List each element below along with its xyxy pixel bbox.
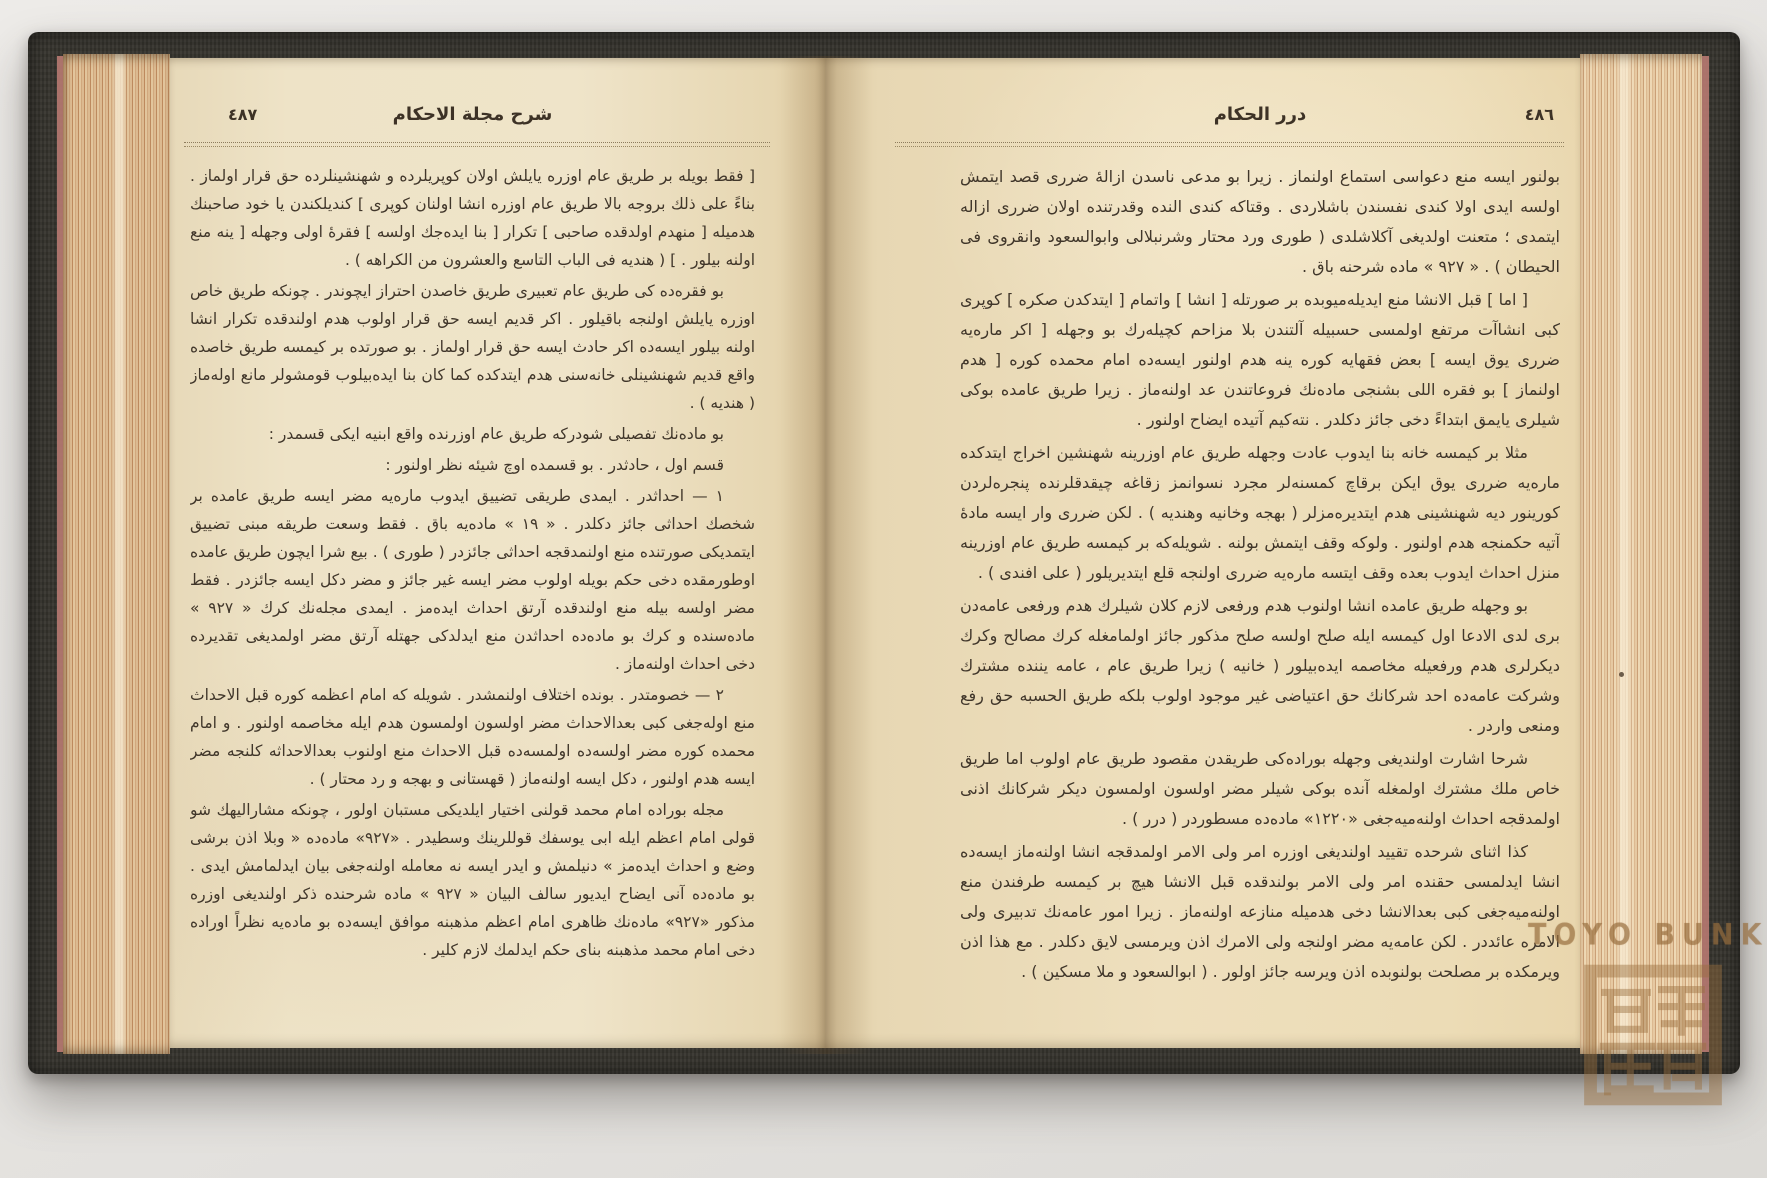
paragraph: [ فقط بويله بر طريق عام اوزره يايلش اولا…	[190, 162, 755, 274]
paragraph: بولنور ايسه منع دعواسى استماع اولنماز . …	[960, 162, 1560, 282]
page-edges-left	[63, 54, 170, 1054]
text-column-left: [ فقط بويله بر طريق عام اوزره يايلش اولا…	[190, 162, 755, 1024]
photo-background: ٤٨٧ شرح مجلة الاحكام [ فقط بويله بر طريق…	[0, 0, 1767, 1178]
paragraph: قسم اول ، حادثدر . بو قسمده اوچ شيئه نظر…	[190, 451, 755, 479]
endpaper-edge-right	[1701, 56, 1709, 1052]
right-page: ٤٨٦ درر الحكام بولنور ايسه منع دعواسى اس…	[825, 58, 1580, 1048]
paragraph: ١ — احداثدر . ايمدى طريقى تضييق ايدوب ما…	[190, 482, 755, 678]
header-rule-right	[895, 142, 1564, 147]
paragraph: شرحا اشارت اولنديغى وجهله بوراده‌كى طريق…	[960, 744, 1560, 834]
paragraph: بو فقره‌ده كى طريق عام تعبيرى طريق خاصدن…	[190, 277, 755, 417]
text-column-right: بولنور ايسه منع دعواسى استماع اولنماز . …	[960, 162, 1560, 1042]
paragraph: بو وجهله طريق عامده انشا اولنوب هدم ورفع…	[960, 591, 1560, 741]
paragraph: ٢ — خصومتدر . بونده اختلاف اولنمشدر . شو…	[190, 681, 755, 793]
page-header-left: ٤٨٧ شرح مجلة الاحكام	[190, 104, 755, 130]
paragraph: مجله بوراده امام محمد قولنى اختيار ايلدي…	[190, 796, 755, 964]
page-header-right: ٤٨٦ درر الحكام	[960, 104, 1560, 130]
paragraph: [ اما ] قبل الانشا منع ايديله‌ميوبده بر …	[960, 285, 1560, 435]
open-book: ٤٨٧ شرح مجلة الاحكام [ فقط بويله بر طريق…	[28, 32, 1740, 1074]
left-page: ٤٨٧ شرح مجلة الاحكام [ فقط بويله بر طريق…	[170, 58, 825, 1048]
paragraph: بو ماده‌نك تفصيلى شودركه طريق عام اوزرند…	[190, 420, 755, 448]
header-rule-left	[184, 142, 770, 147]
page-edges-right	[1580, 54, 1702, 1054]
running-title-left: شرح مجلة الاحكام	[190, 104, 755, 125]
page-speck	[1619, 672, 1624, 677]
running-title-right: درر الحكام	[960, 104, 1560, 125]
paragraph: كذا اثناى شرحده تقييد اولنديغى اوزره امر…	[960, 837, 1560, 987]
paragraph: مثلا بر كيمسه خانه بنا ايدوب عادت وجهله …	[960, 438, 1560, 588]
